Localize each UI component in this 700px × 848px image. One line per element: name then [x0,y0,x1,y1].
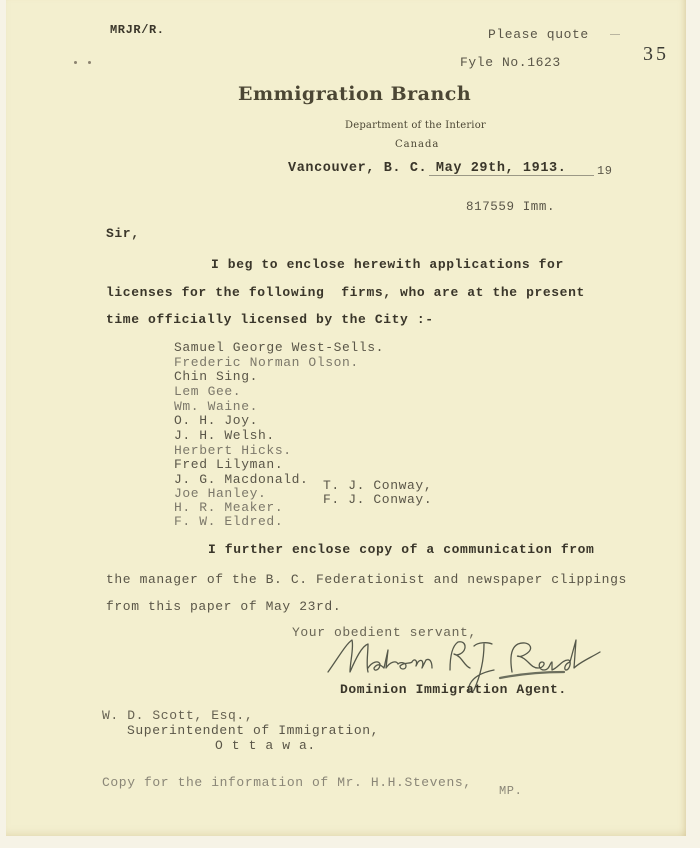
fyle-number: Fyle No.1623 [460,55,561,70]
dash-mark [610,34,620,35]
firm-item: Fred Lilyman. [174,457,283,472]
copy-note-suffix: MP. [499,784,522,799]
date-line [429,175,594,176]
signatory-title: Dominion Immigration Agent. [340,682,567,697]
paragraph1-line1: I beg to enclose herewith applications f… [211,257,564,272]
firm-item: J. H. Welsh. [174,428,275,443]
firm-item: Frederic Norman Olson. [174,355,359,370]
firm-item: Samuel George West-Sells. [174,340,384,355]
addressee-city: O t t a w a. [215,738,316,753]
salutation: Sir, [106,226,140,241]
page-number: 35 [643,43,669,66]
letterhead-title: Emmigration Branch [238,83,471,105]
firm-item: O. H. Joy. [174,413,258,428]
letter-page: MRJR/R. Please quote Fyle No.1623 35 Emm… [6,0,686,836]
paragraph2-line1: I further enclose copy of a communicatio… [208,542,594,557]
letterhead-department: Department of the Interior [345,118,486,133]
firm-item: F. W. Eldred. [174,514,283,529]
paragraph1-line3: time officially licensed by the City :- [106,312,434,327]
reference-initials: MRJR/R. [110,23,165,38]
firm-item: Wm. Waine. [174,399,258,414]
paragraph2-line2: the manager of the B. C. Federationist a… [106,572,627,587]
firm-item: J. G. Macdonald. [174,472,308,487]
addressee-name: W. D. Scott, Esq., [102,708,253,723]
copy-note: Copy for the information of Mr. H.H.Stev… [102,775,472,790]
firm-item: Herbert Hicks. [174,443,292,458]
paragraph2-line3: from this paper of May 23rd. [106,599,341,614]
firm-item: F. J. Conway. [323,492,432,507]
firm-item: Chin Sing. [174,369,258,384]
file-reference: 817559 Imm. [466,200,555,215]
please-quote-label: Please quote [488,27,589,42]
firm-item: H. R. Meaker. [174,500,283,515]
place-and-date: Vancouver, B. C. May 29th, 1913. [288,161,566,176]
paper-speck [88,61,91,64]
firm-item: Joe Hanley. [174,486,266,501]
letterhead-country: Canada [395,137,439,152]
firm-item: Lem Gee. [174,384,241,399]
paper-speck [74,61,77,64]
addressee-position: Superintendent of Immigration, [127,723,379,738]
paragraph1-line2: licenses for the following firms, who ar… [106,285,585,300]
firm-item: T. J. Conway, [323,478,432,493]
printed-year-prefix: 19 [597,164,613,179]
